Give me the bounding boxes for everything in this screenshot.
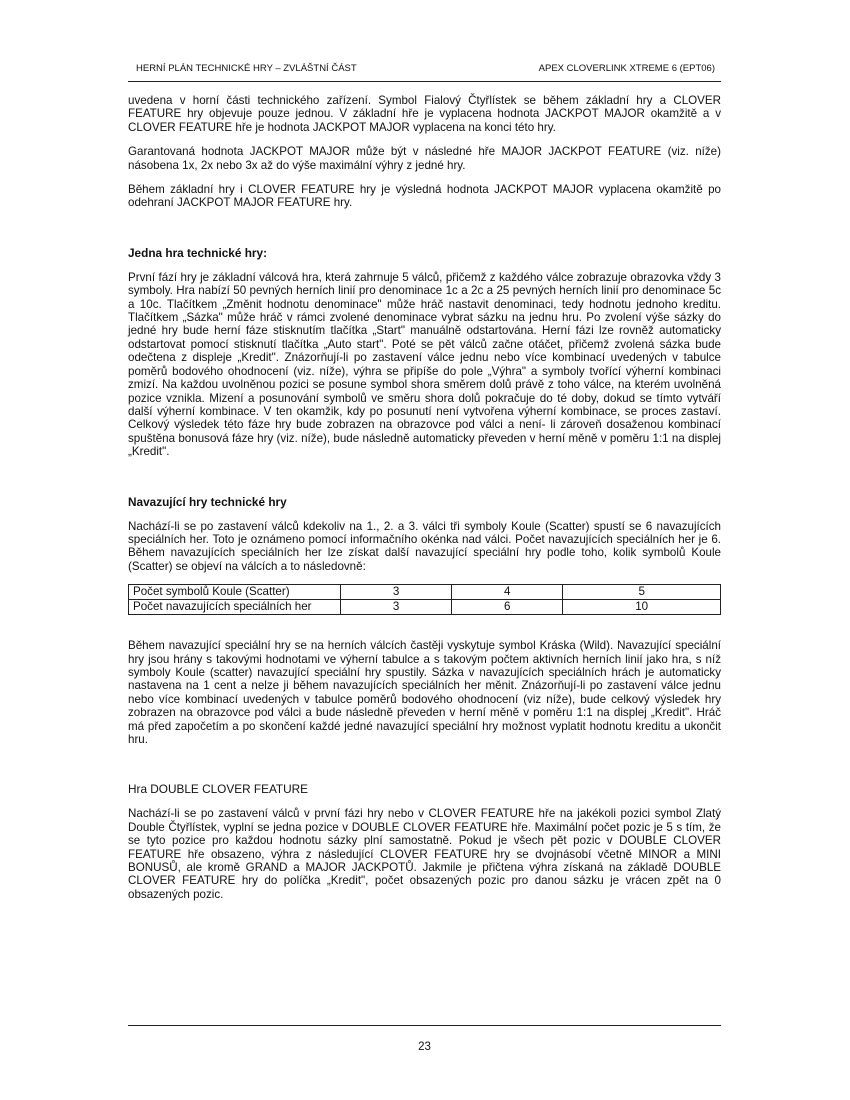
section-follow-up-games-body: Nachází-li se po zastavení válců kdekoli…: [128, 520, 721, 574]
table-cell: 3: [341, 600, 452, 615]
page-header: HERNÍ PLÁN TECHNICKÉ HRY – ZVLÁŠTNÍ ČÁST…: [128, 63, 721, 79]
table-row: Počet navazujících speciálních her 3 6 1…: [129, 600, 721, 615]
section-follow-up-games-details: Během navazující speciální hry se na her…: [128, 639, 721, 746]
intro-paragraph-3: Během základní hry i CLOVER FEATURE hry …: [128, 183, 721, 210]
scatter-free-games-table: Počet symbolů Koule (Scatter) 3 4 5 Poče…: [128, 584, 721, 615]
table-cell: 10: [563, 600, 721, 615]
table-cell: 3: [341, 585, 452, 600]
table-row: Počet symbolů Koule (Scatter) 3 4 5: [129, 585, 721, 600]
table-cell: 5: [563, 585, 721, 600]
header-title-right: APEX CLOVERLINK XTREME 6 (EPT06): [539, 63, 715, 74]
page-content: uvedena v horní části technického zaříze…: [128, 94, 721, 901]
header-title-left: HERNÍ PLÁN TECHNICKÉ HRY – ZVLÁŠTNÍ ČÁST: [136, 63, 357, 74]
intro-paragraph-1: uvedena v horní části technického zaříze…: [128, 94, 721, 134]
footer-divider: [128, 1025, 721, 1026]
table-cell-label: Počet symbolů Koule (Scatter): [129, 585, 341, 600]
section-heading-double-clover: Hra DOUBLE CLOVER FEATURE: [128, 782, 721, 796]
header-divider: [128, 81, 721, 82]
section-heading-follow-up-games: Navazující hry technické hry: [128, 495, 721, 509]
page-number: 23: [128, 1041, 721, 1053]
section-heading-single-game: Jedna hra technické hry:: [128, 246, 721, 260]
section-double-clover-body: Nachází-li se po zastavení válců v první…: [128, 807, 721, 901]
intro-paragraph-2: Garantovaná hodnota JACKPOT MAJOR může b…: [128, 145, 721, 172]
section-single-game-body: První fází hry je základní válcová hra, …: [128, 271, 721, 459]
table-cell: 4: [452, 585, 563, 600]
table-cell: 6: [452, 600, 563, 615]
table-cell-label: Počet navazujících speciálních her: [129, 600, 341, 615]
